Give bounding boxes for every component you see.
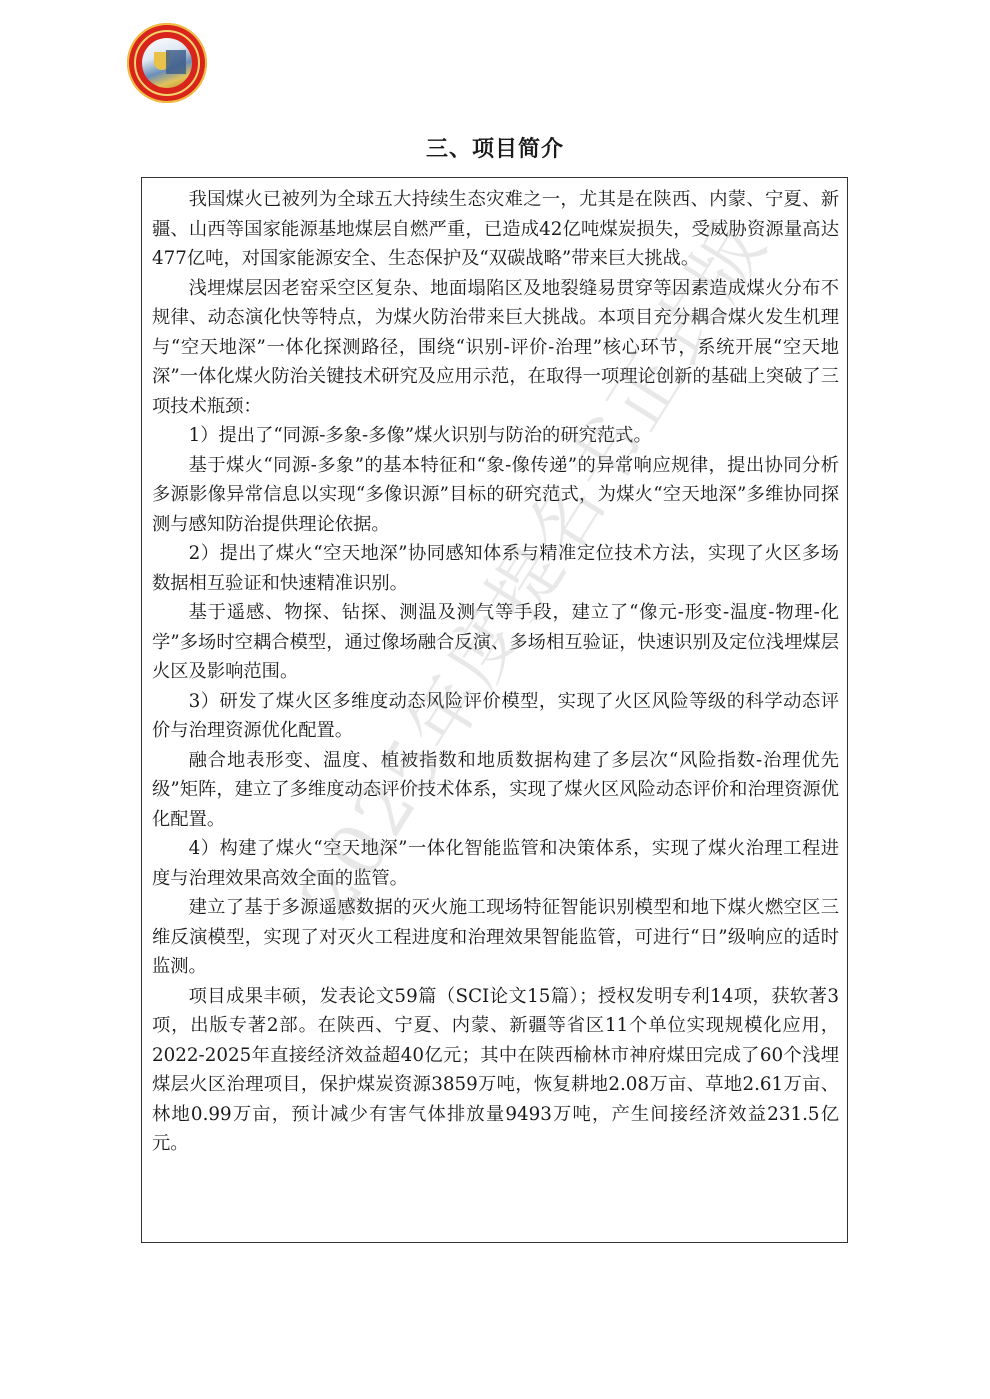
project-summary-box: 我国煤火已被列为全球五大持续生态灾难之一，尤其是在陕西、内蒙、宁夏、新疆、山西等… [141, 177, 848, 1243]
paragraph-innovation-4-body: 建立了基于多源遥感数据的灭火施工现场特征智能识别模型和地下煤火燃空区三维反演模型… [152, 893, 839, 982]
seal-emblem-icon [142, 38, 192, 88]
building-icon [166, 50, 186, 74]
paragraph-background: 我国煤火已被列为全球五大持续生态灾难之一，尤其是在陕西、内蒙、宁夏、新疆、山西等… [152, 185, 839, 274]
paragraph-achievements: 项目成果丰硕，发表论文59篇（SCI论文15篇）；授权发明专利14项，获软著3项… [152, 982, 839, 1159]
organization-seal-logo [127, 23, 207, 103]
paragraph-innovation-2-body: 基于遥感、物探、钻探、测温及测气等手段，建立了“像元-形变-温度-物理-化学”多… [152, 598, 839, 687]
paragraph-overview: 浅埋煤层因老窑采空区复杂、地面塌陷区及地裂缝易贯穿等因素造成煤火分布不规律、动态… [152, 274, 839, 422]
paragraph-innovation-2-heading: 2）提出了煤火“空天地深”协同感知体系与精准定位技术方法，实现了火区多场数据相互… [152, 539, 839, 598]
paragraph-innovation-1-heading: 1）提出了“同源-多象-多像”煤火识别与防治的研究范式。 [152, 421, 839, 451]
project-summary-text: 我国煤火已被列为全球五大持续生态灾难之一，尤其是在陕西、内蒙、宁夏、新疆、山西等… [152, 185, 839, 1159]
paragraph-innovation-1-body: 基于煤火“同源-多象”的基本特征和“象-像传递”的异常响应规律，提出协同分析多源… [152, 451, 839, 540]
paragraph-innovation-3-heading: 3）研发了煤火区多维度动态风险评价模型，实现了火区风险等级的科学动态评价与治理资… [152, 687, 839, 746]
paragraph-innovation-3-body: 融合地表形变、温度、植被指数和地质数据构建了多层次“风险指数-治理优先级”矩阵，… [152, 746, 839, 835]
page-title: 三、项目简介 [0, 132, 990, 163]
paragraph-innovation-4-heading: 4）构建了煤火“空天地深”一体化智能监管和决策体系，实现了煤火治理工程进度与治理… [152, 834, 839, 893]
